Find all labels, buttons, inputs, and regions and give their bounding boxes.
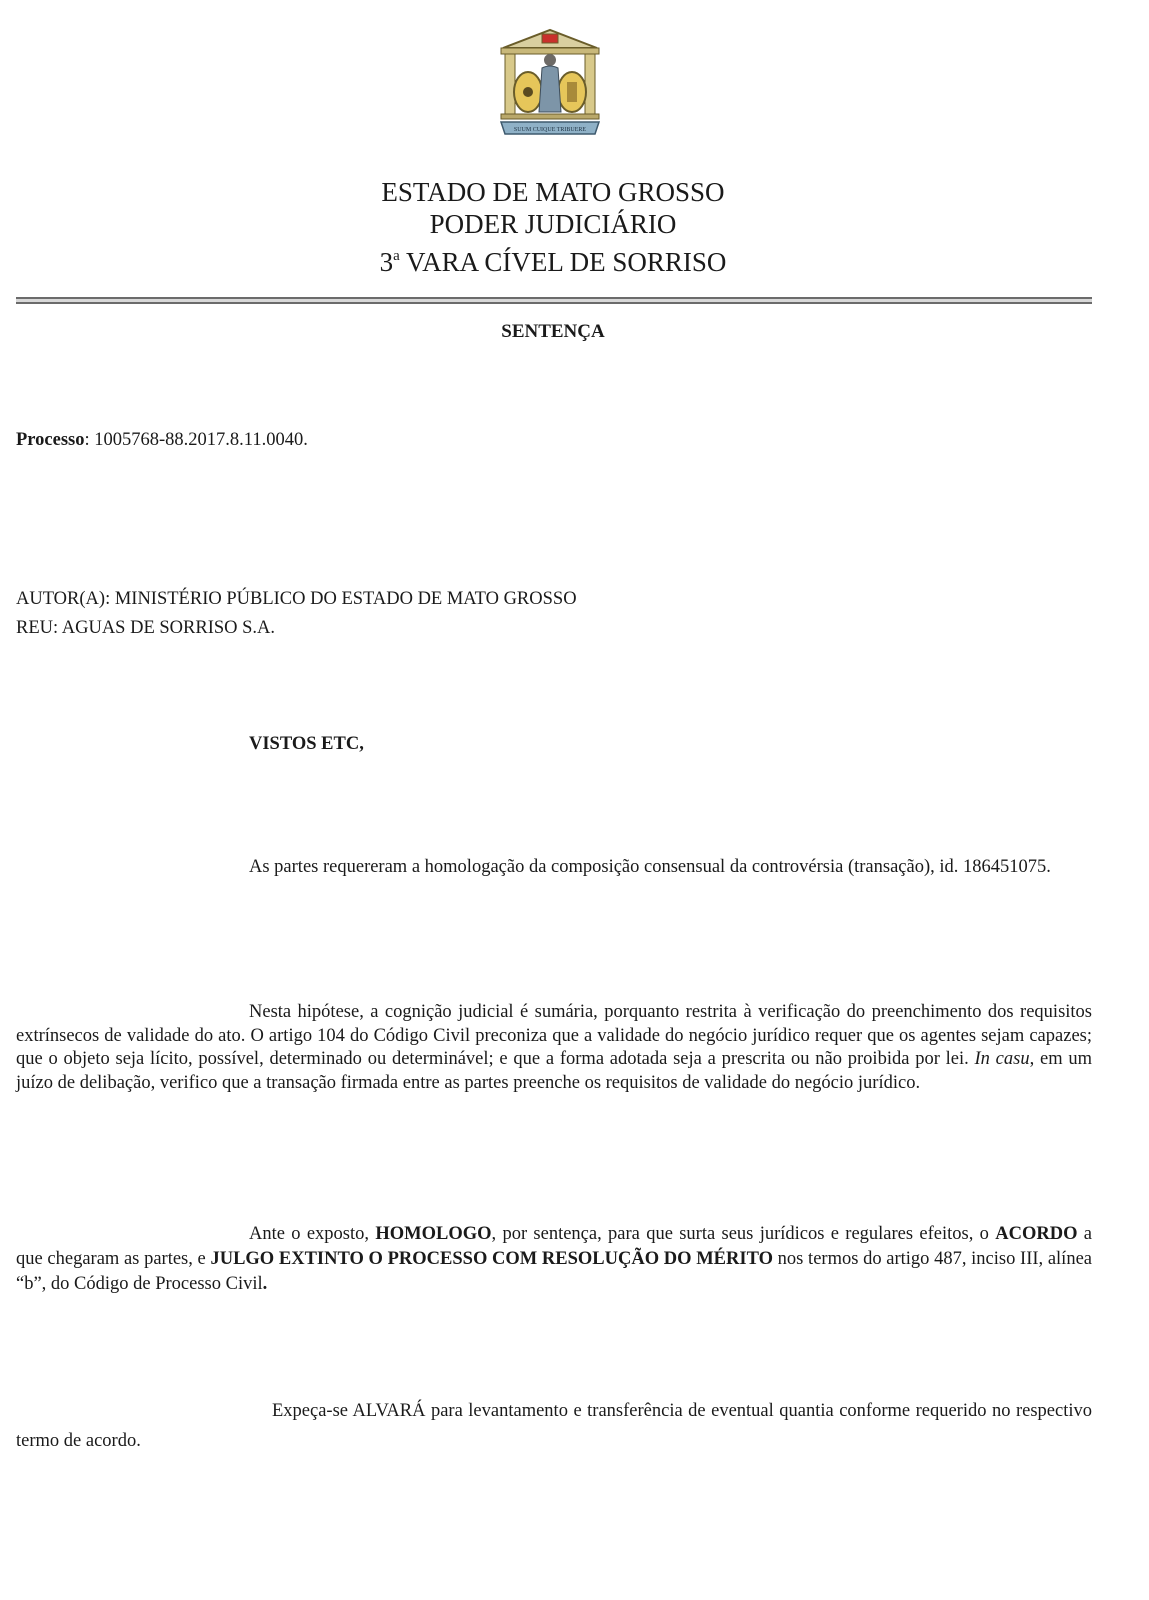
in-casu-term: In casu: [975, 1049, 1030, 1069]
decision-homologo: HOMOLOGO: [375, 1224, 491, 1244]
court-number: 3: [380, 247, 394, 277]
header-court: 3a VARA CÍVEL DE SORRISO: [0, 240, 1106, 278]
header-judiciary: PODER JUDICIÁRIO: [0, 208, 1106, 240]
decision-text-2: , por sentença, para que surta seus jurí…: [492, 1224, 996, 1244]
decision-text-1: Ante o exposto,: [249, 1224, 375, 1244]
party-plaintiff: AUTOR(A): MINISTÉRIO PÚBLICO DO ESTADO D…: [16, 588, 577, 611]
paragraph-analysis-text: Nesta hipótese, a cognição judicial é su…: [16, 1002, 1092, 1069]
document-title: SENTENÇA: [0, 321, 1106, 343]
party-defendant: REU: AGUAS DE SORRISO S.A.: [16, 617, 275, 640]
court-coat-of-arms-logo: SUUM CUIQUE TRIBUERE: [495, 26, 605, 138]
paragraph-request: As partes requereram a homologação da co…: [16, 855, 1092, 879]
header-state: ESTADO DE MATO GROSSO: [0, 176, 1106, 208]
paragraph-alvara: Expeça-se ALVARÁ para levantamento e tra…: [16, 1396, 1092, 1456]
court-ordinal: a: [393, 248, 400, 264]
case-number-value: : 1005768-88.2017.8.11.0040.: [85, 430, 308, 450]
decision-acordo: ACORDO: [995, 1224, 1077, 1244]
svg-text:SUUM CUIQUE TRIBUERE: SUUM CUIQUE TRIBUERE: [514, 127, 587, 133]
paragraph-request-text: As partes requereram a homologação da co…: [249, 857, 1051, 877]
vistos-heading: VISTOS ETC,: [249, 733, 364, 756]
decision-julgo-extinto: JULGO EXTINTO O PROCESSO COM RESOLUÇÃO D…: [210, 1249, 773, 1269]
case-number-label: Processo: [16, 430, 85, 450]
court-name: VARA CÍVEL DE SORRISO: [400, 247, 727, 277]
paragraph-decision: Ante o exposto, HOMOLOGO, por sentença, …: [16, 1222, 1092, 1297]
decision-period: .: [263, 1274, 268, 1294]
paragraph-alvara-text: Expeça-se ALVARÁ para levantamento e tra…: [16, 1401, 1092, 1451]
paragraph-analysis: Nesta hipótese, a cognição judicial é su…: [16, 1001, 1092, 1095]
case-number: Processo: 1005768-88.2017.8.11.0040.: [16, 429, 308, 452]
header-divider: [16, 297, 1092, 304]
coat-of-arms-icon: SUUM CUIQUE TRIBUERE: [495, 26, 605, 138]
